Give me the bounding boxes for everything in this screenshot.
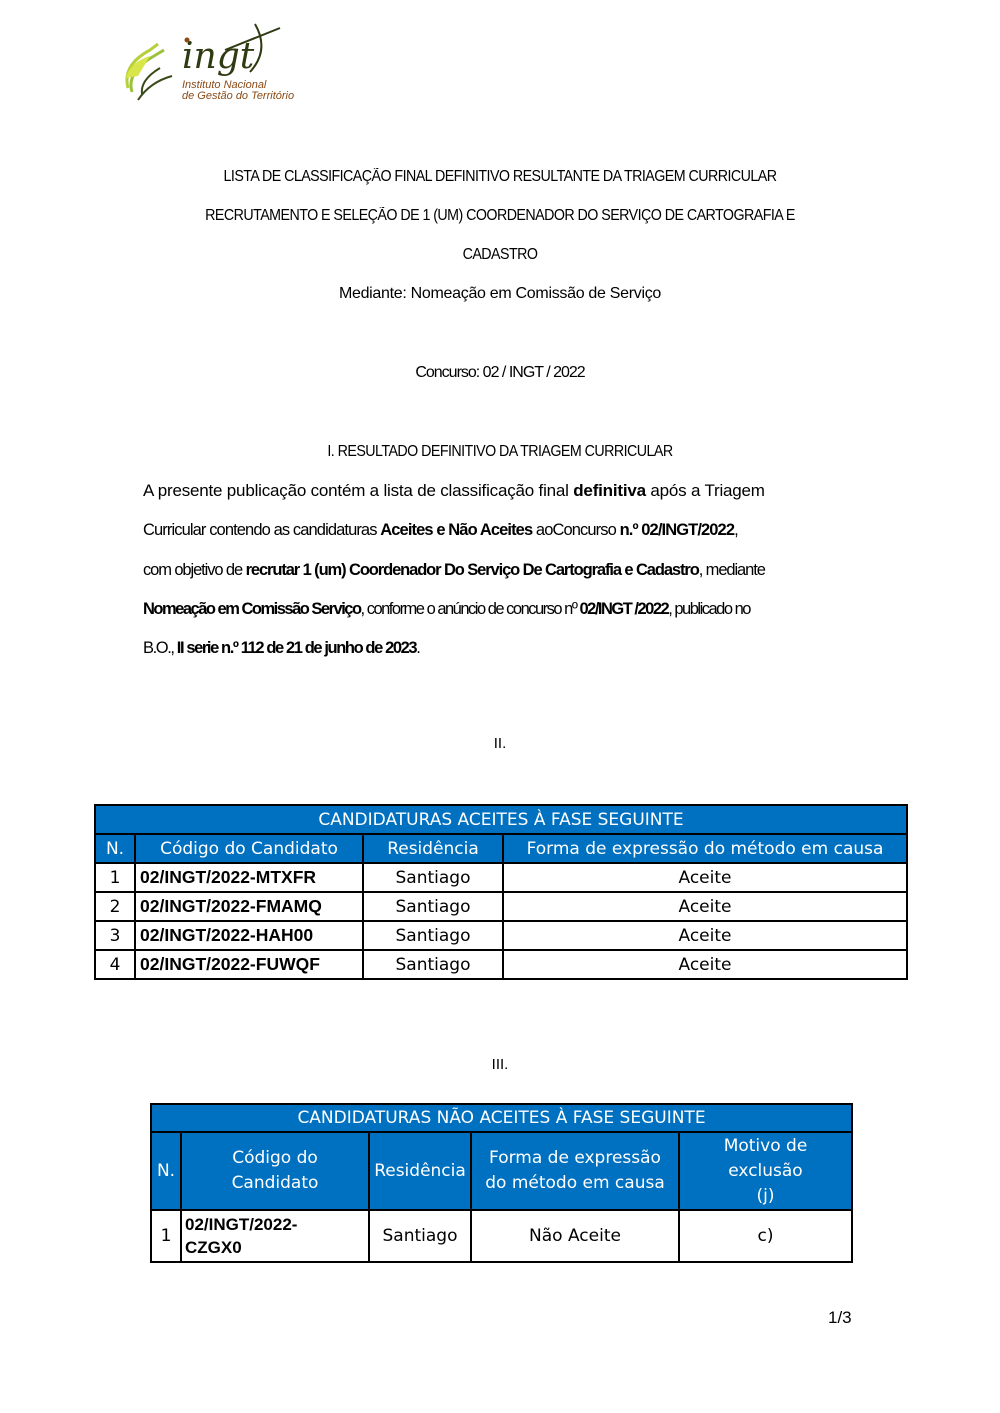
section3-label: III. bbox=[0, 1056, 1000, 1073]
cell-code-line2: CZGX0 bbox=[185, 1236, 368, 1259]
header-reason: Motivo de exclusão (j) bbox=[679, 1132, 852, 1210]
cell-code: 02/INGT/2022- CZGX0 bbox=[181, 1210, 369, 1262]
cell-residence: Santiago bbox=[363, 921, 503, 950]
text: , publicado no bbox=[668, 600, 750, 618]
table-row: 2 02/INGT/2022-FMAMQ Santiago Aceite bbox=[95, 892, 907, 921]
cell-n: 2 bbox=[95, 892, 135, 921]
accepted-candidates-table: CANDIDATURAS ACEITES À FASE SEGUINTE N. … bbox=[94, 804, 908, 980]
table-title: CANDIDATURAS ACEITES À FASE SEGUINTE bbox=[95, 805, 907, 834]
header-code-line1: Código do bbox=[182, 1146, 368, 1171]
header-code: Código do Candidato bbox=[135, 834, 363, 863]
header-n: N. bbox=[151, 1132, 181, 1210]
table-row: 4 02/INGT/2022-FUWQF Santiago Aceite bbox=[95, 950, 907, 979]
header-n: N. bbox=[95, 834, 135, 863]
header-reason-line1: Motivo de bbox=[680, 1134, 851, 1159]
cell-residence: Santiago bbox=[369, 1210, 471, 1262]
paragraph-line1: A presente publicação contém a lista de … bbox=[143, 481, 863, 501]
text-bold: Aceites e Não Aceites bbox=[380, 521, 532, 539]
header-residence: Residência bbox=[369, 1132, 471, 1210]
cell-n: 3 bbox=[95, 921, 135, 950]
text: Curricular contendo as candidaturas bbox=[143, 521, 380, 539]
table-row: 1 02/INGT/2022-MTXFR Santiago Aceite bbox=[95, 863, 907, 892]
header-residence: Residência bbox=[363, 834, 503, 863]
text: aoConcurso bbox=[532, 521, 619, 539]
text-bold: Nomeação em Comissão Serviço bbox=[143, 600, 361, 618]
text: , conforme o anúncio de concurso nº bbox=[361, 600, 580, 618]
header-form: Forma de expressão do método em causa bbox=[471, 1132, 679, 1210]
text: B.O., bbox=[143, 639, 177, 657]
paragraph-line4: Nomeação em Comissão Serviço, conforme o… bbox=[143, 600, 863, 619]
ingt-logo: ingt Instituto Nacional de Gestão do Ter… bbox=[120, 20, 330, 110]
text: após a Triagem bbox=[646, 481, 765, 500]
page-number: 1/3 bbox=[828, 1308, 852, 1328]
header-code: Código do Candidato bbox=[181, 1132, 369, 1210]
text: , bbox=[734, 521, 738, 539]
text-bold: recrutar 1 (um) Coordenador Do Serviço D… bbox=[246, 561, 699, 579]
paragraph-line5: B.O., II serie n.º 112 de 21 de junho de… bbox=[143, 639, 863, 658]
cell-n: 1 bbox=[95, 863, 135, 892]
table-row: 1 02/INGT/2022- CZGX0 Santiago Não Aceit… bbox=[151, 1210, 852, 1262]
text-bold: definitiva bbox=[573, 481, 646, 500]
paragraph-line2: Curricular contendo as candidaturas Acei… bbox=[143, 521, 863, 540]
text: com objetivo de bbox=[143, 561, 246, 579]
text: . bbox=[416, 639, 419, 657]
section2-label: II. bbox=[0, 735, 1000, 752]
cell-form: Aceite bbox=[503, 863, 907, 892]
cell-n: 4 bbox=[95, 950, 135, 979]
logo-text: Instituto Nacional de Gestão do Territór… bbox=[182, 80, 294, 102]
header-code-line2: Candidato bbox=[182, 1171, 368, 1196]
text: , mediante bbox=[699, 561, 765, 579]
paragraph-line3: com objetivo de recrutar 1 (um) Coordena… bbox=[143, 561, 863, 580]
cell-residence: Santiago bbox=[363, 892, 503, 921]
text: A presente publicação contém a lista de … bbox=[143, 481, 573, 500]
cell-form: Aceite bbox=[503, 950, 907, 979]
table-row: 3 02/INGT/2022-HAH00 Santiago Aceite bbox=[95, 921, 907, 950]
rejected-candidates-table: CANDIDATURAS NÃO ACEITES À FASE SEGUINTE… bbox=[150, 1103, 853, 1263]
cell-code-line1: 02/INGT/2022- bbox=[185, 1213, 368, 1236]
title-line2: RECRUTAMENTO E SELEÇÃO DE 1 (UM) COORDEN… bbox=[40, 207, 960, 225]
cell-reason: c) bbox=[679, 1210, 852, 1262]
title-line3: CADASTRO bbox=[40, 246, 960, 264]
text-bold: n.º 02/INGT/2022 bbox=[620, 521, 735, 539]
concurso-line: Concurso: 02 / INGT / 2022 bbox=[0, 364, 1000, 382]
cell-residence: Santiago bbox=[363, 863, 503, 892]
cell-form: Aceite bbox=[503, 921, 907, 950]
cell-residence: Santiago bbox=[363, 950, 503, 979]
title-line1: LISTA DE CLASSIFICAÇÃO FINAL DEFINITIVO … bbox=[40, 168, 960, 186]
table-title: CANDIDATURAS NÃO ACEITES À FASE SEGUINTE bbox=[151, 1104, 852, 1132]
section1-heading: I. RESULTADO DEFINITIVO DA TRIAGEM CURRI… bbox=[40, 443, 960, 461]
cell-code: 02/INGT/2022-MTXFR bbox=[135, 863, 363, 892]
header-reason-line2: exclusão bbox=[680, 1159, 851, 1184]
header-form-line1: Forma de expressão bbox=[472, 1146, 678, 1171]
cell-code: 02/INGT/2022-HAH00 bbox=[135, 921, 363, 950]
header-reason-line3: (j) bbox=[680, 1184, 851, 1209]
cell-form: Aceite bbox=[503, 892, 907, 921]
text-bold: II serie n.º 112 de 21 de junho de 2023 bbox=[177, 639, 416, 657]
header-form: Forma de expressão do método em causa bbox=[503, 834, 907, 863]
mediante-line: Mediante: Nomeação em Comissão de Serviç… bbox=[0, 285, 1000, 303]
text-bold: 02/INGT /2022 bbox=[579, 600, 668, 618]
cell-n: 1 bbox=[151, 1210, 181, 1262]
header-form-line2: do método em causa bbox=[472, 1171, 678, 1196]
cell-form: Não Aceite bbox=[471, 1210, 679, 1262]
logo-line2: de Gestão do Território bbox=[182, 91, 294, 102]
cell-code: 02/INGT/2022-FUWQF bbox=[135, 950, 363, 979]
cell-code: 02/INGT/2022-FMAMQ bbox=[135, 892, 363, 921]
